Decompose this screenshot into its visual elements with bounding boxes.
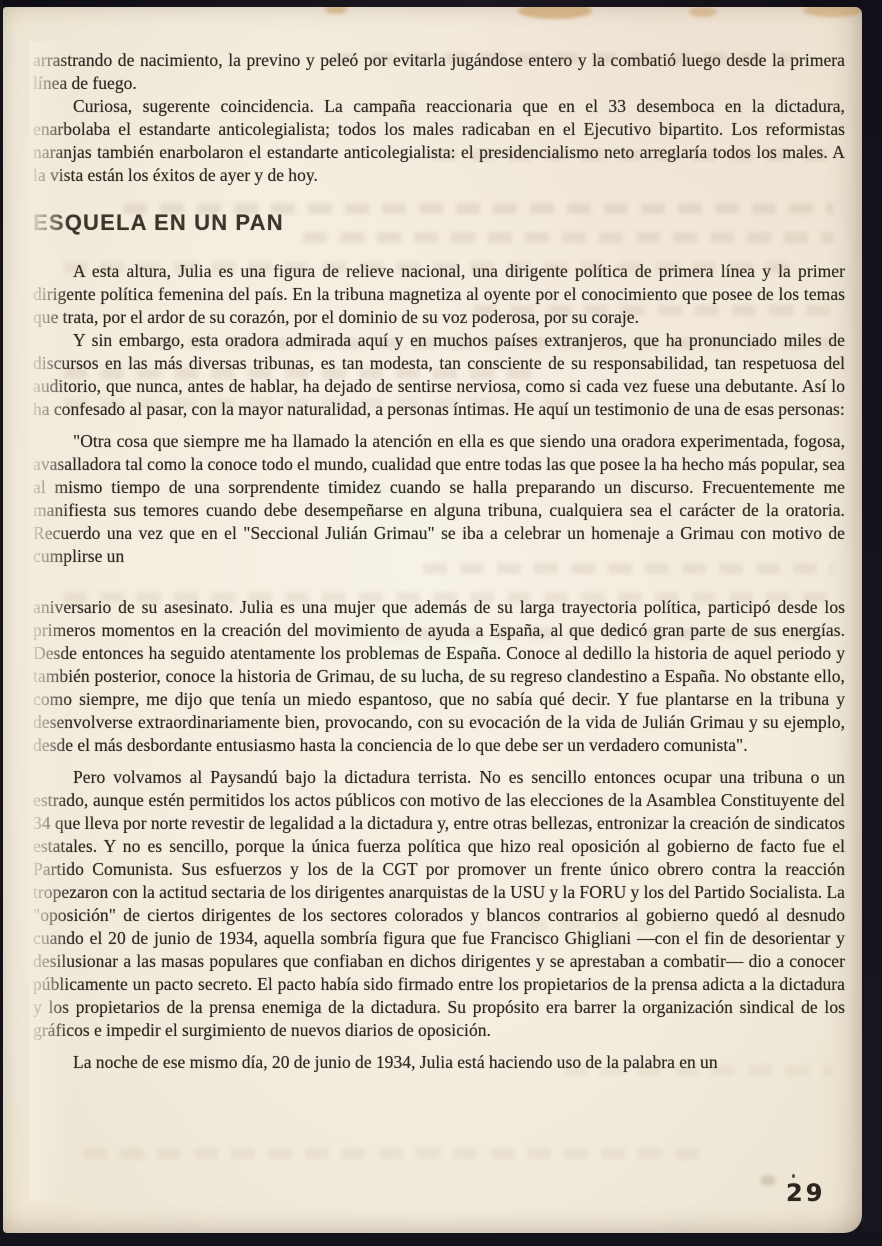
bleedthrough-smudge: [83, 1148, 703, 1159]
paragraph: Y sin embargo, esta oradora admirada aqu…: [33, 329, 845, 421]
paper-stain: [803, 7, 862, 17]
paragraph: La noche de ese mismo día, 20 de junio d…: [33, 1051, 845, 1074]
scan-edge-left: [0, 0, 3, 1246]
scan-edge-right: [862, 0, 882, 1246]
paper-stain: [689, 7, 717, 17]
scan-edge-top: [0, 0, 882, 7]
text-column: arrastrando de nacimiento, la previno y …: [33, 49, 845, 1074]
paper-stain: [518, 7, 592, 19]
paper-stain: [760, 1175, 776, 1186]
paper-stain: [325, 7, 347, 14]
paragraph: "Otra cosa que siempre me ha llamado la …: [33, 430, 845, 568]
scanned-book-page: { "document": { "language": "es", "page_…: [0, 0, 882, 1246]
scan-edge-bottom: [0, 1233, 882, 1246]
section-heading: ESQUELA EN UN PAN: [33, 211, 845, 234]
paragraph: aniversario de su asesinato. Julia es un…: [33, 596, 845, 757]
paragraph: arrastrando de nacimiento, la previno y …: [33, 49, 845, 95]
paragraph: Pero volvamos al Paysandú bajo la dictad…: [33, 766, 845, 1042]
page-number: 29: [786, 1179, 825, 1207]
paragraph: Curiosa, sugerente coincidencia. La camp…: [33, 95, 845, 187]
paragraph: A esta altura, Julia es una figura de re…: [33, 260, 845, 329]
book-page: arrastrando de nacimiento, la previno y …: [3, 7, 862, 1233]
